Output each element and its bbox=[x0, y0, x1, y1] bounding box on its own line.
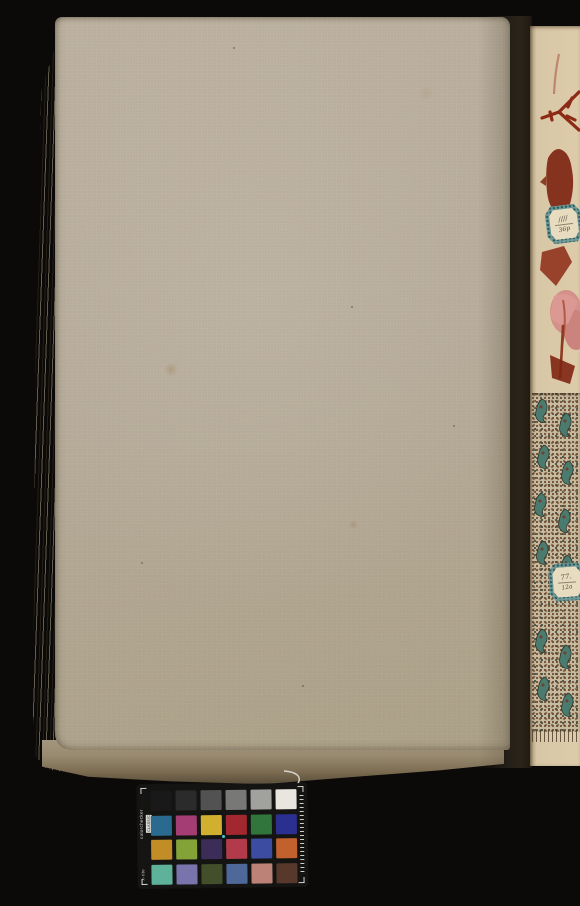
colorchecker-patch-primary bbox=[176, 815, 197, 835]
paper-speck bbox=[233, 47, 235, 49]
photo-stage: //// 36p 77. 12a colorchecker CLASSIC x-… bbox=[0, 0, 580, 906]
colorchecker-patch-primary bbox=[151, 815, 172, 835]
foxing-stain bbox=[415, 87, 437, 99]
colorchecker-patch-secondary bbox=[151, 840, 172, 860]
colorchecker-patch-natural bbox=[226, 863, 247, 883]
colorchecker-patch-secondary bbox=[226, 839, 247, 859]
foxing-stain bbox=[348, 520, 359, 529]
colorchecker-patch-primary bbox=[251, 814, 272, 834]
colorchecker-product-label: colorchecker bbox=[139, 809, 144, 839]
colorchecker-patch-grayscale bbox=[225, 790, 246, 810]
label-handwriting: 12a bbox=[561, 583, 573, 592]
paisley-motifs bbox=[530, 393, 580, 732]
paper-speck bbox=[351, 306, 353, 308]
registration-dot bbox=[222, 835, 225, 838]
colorchecker-patch-natural bbox=[151, 864, 172, 884]
colorchecker-patch-natural bbox=[176, 864, 197, 884]
label-handwriting: 77. bbox=[561, 573, 573, 582]
fabric-fringe bbox=[532, 730, 580, 742]
colorchecker-patch-secondary bbox=[201, 839, 222, 859]
registration-corner-mark bbox=[140, 788, 146, 794]
colorchecker-patch-secondary bbox=[251, 838, 272, 858]
paper-speck bbox=[141, 562, 143, 564]
colorchecker-patch-primary bbox=[226, 814, 247, 834]
label-handwriting: //// bbox=[558, 215, 569, 224]
label-handwriting: 36p bbox=[558, 224, 571, 233]
colorchecker-patch-natural bbox=[251, 863, 272, 883]
red-petal-motif bbox=[540, 246, 572, 286]
red-branch-motif bbox=[542, 92, 579, 130]
blank-verso-page bbox=[55, 17, 510, 750]
colorchecker-card: colorchecker CLASSIC x-rite bbox=[137, 783, 307, 888]
colorchecker-patch-secondary bbox=[276, 838, 297, 858]
colorchecker-patch-primary bbox=[276, 814, 297, 834]
binding-gutter-shadow bbox=[478, 16, 532, 768]
colorchecker-patch-grayscale bbox=[200, 790, 221, 810]
colorchecker-patch-grayscale bbox=[250, 789, 271, 809]
paper-grain-texture bbox=[55, 17, 510, 750]
colorchecker-patch-secondary bbox=[176, 839, 197, 859]
colorchecker-patch-grayscale bbox=[150, 791, 171, 811]
pink-flower-motif bbox=[550, 290, 580, 350]
colorchecker-patch-natural bbox=[276, 863, 297, 883]
colorchecker-patch-primary bbox=[201, 815, 222, 835]
colorchecker-patch-natural bbox=[201, 864, 222, 884]
colorchecker-patch-grayscale bbox=[275, 789, 296, 809]
paper-speck bbox=[302, 685, 304, 687]
colorchecker-ruler-ticks bbox=[300, 795, 305, 873]
foxing-stain bbox=[163, 363, 179, 376]
registration-corner-mark bbox=[299, 877, 305, 883]
swatch-label-bottom: 77. 12a bbox=[548, 562, 580, 602]
colorchecker-side-text: colorchecker CLASSIC bbox=[138, 791, 150, 857]
colorchecker-patch-grayscale bbox=[175, 790, 196, 810]
sample-page-strip bbox=[530, 26, 580, 766]
paper-speck bbox=[453, 425, 455, 427]
registration-corner-mark bbox=[297, 786, 303, 792]
registration-corner-mark bbox=[142, 879, 148, 885]
